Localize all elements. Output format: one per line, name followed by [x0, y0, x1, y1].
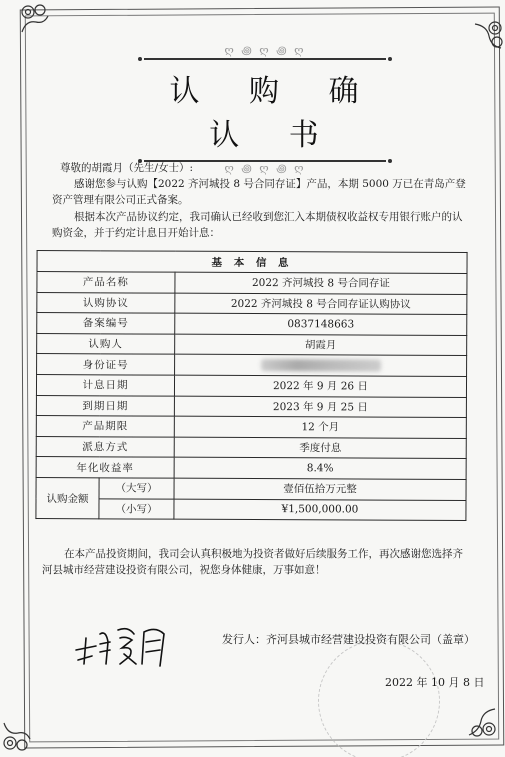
table-row: 产品期限 12 个月	[36, 416, 466, 438]
row-label: 备案编号	[37, 313, 175, 334]
amount-upper-label: （大写）	[99, 478, 174, 499]
confirmation-paragraph: 根据本次产品协议约定，我司确认已经收到您汇入本期债权收益权专用银行账户的认购资金…	[52, 209, 472, 241]
issue-date: 2022 年 10 月 8 日	[385, 674, 484, 690]
redacted-id-number	[261, 359, 381, 372]
row-value: 8.4%	[174, 458, 466, 480]
table-row: 身份证号	[37, 354, 467, 376]
corner-ornament-icon	[18, 2, 52, 36]
table-row: 年化收益率 8.4%	[36, 457, 466, 479]
handwritten-signature-icon	[72, 620, 182, 670]
table-row-amount-upper: 认购金额 （大写） 壹佰伍拾万元整	[36, 477, 466, 499]
row-label: 产品期限	[36, 416, 174, 437]
table-row: 到期日期 2023 年 9 月 25 日	[36, 395, 466, 417]
greeting: 尊敬的胡霞月（先生/女士）:	[60, 160, 470, 176]
row-value: 2022 齐河城投 8 号合同存证认购协议	[175, 293, 467, 315]
table-row: 认购协议 2022 齐河城投 8 号合同存证认购协议	[37, 292, 467, 314]
title-block: ღ ꩜ ღ ꩜ ღ 认 购 确 认 书 ღ ꩜ ღ ꩜ ღ	[140, 44, 390, 176]
corner-ornament-icon	[465, 705, 499, 739]
intro-paragraph: 感谢您参与认购【2022 齐河城投 8 号合同存证】产品，本期 5000 万已在…	[52, 176, 472, 208]
row-value-redacted	[175, 355, 467, 377]
table-row: 派息方式 季度付息	[36, 436, 466, 458]
table-row: 产品名称 2022 齐河城投 8 号合同存证	[37, 272, 467, 294]
basic-info-table: 基 本 信 息 产品名称 2022 齐河城投 8 号合同存证 认购协议 2022…	[35, 250, 467, 521]
amount-lower-value: ¥1,500,000.00	[174, 499, 466, 521]
row-label: 到期日期	[36, 395, 174, 416]
official-seal-stamp	[318, 640, 440, 757]
row-label: 年化收益率	[36, 457, 174, 478]
row-value: 2022 齐河城投 8 号合同存证	[175, 272, 467, 294]
row-value: 12 个月	[174, 416, 466, 438]
table-row: 计息日期 2022 年 9 月 26 日	[36, 375, 466, 397]
table-row: 备案编号 0837148663	[37, 313, 467, 335]
row-label: 派息方式	[36, 436, 174, 457]
title-rule-top	[144, 58, 386, 60]
document-title: 认 购 确 认 书	[140, 60, 390, 160]
closing-paragraph: 在本产品投资期间，我司会认真积极地为投资者做好后续服务工作，再次感谢您选择齐河县…	[42, 546, 472, 578]
row-label: 产品名称	[37, 272, 175, 293]
amount-lower-label: （小写）	[99, 498, 174, 519]
row-label: 认购人	[37, 333, 175, 354]
row-value: 2023 年 9 月 25 日	[174, 396, 466, 418]
row-value: 2022 年 9 月 26 日	[174, 375, 466, 397]
row-value: 季度付息	[174, 437, 466, 459]
row-value: 胡霞月	[175, 334, 467, 356]
row-label: 认购协议	[37, 292, 175, 313]
table-header-row: 基 本 信 息	[37, 251, 467, 274]
amount-upper-value: 壹佰伍拾万元整	[174, 478, 466, 500]
table-row-amount-lower: （小写） ¥1,500,000.00	[36, 498, 466, 520]
table-header: 基 本 信 息	[37, 251, 467, 274]
confirmation-document: ღ ꩜ ღ ꩜ ღ 认 购 确 认 书 ღ ꩜ ღ ꩜ ღ 尊敬的胡霞月（先生/…	[0, 0, 505, 757]
row-label: 身份证号	[37, 354, 175, 375]
flourish-ornament-icon: ღ ꩜ ღ ꩜ ღ	[140, 44, 390, 58]
row-value: 0837148663	[175, 313, 467, 335]
row-label: 计息日期	[36, 375, 174, 396]
table-row: 认购人 胡霞月	[37, 333, 467, 355]
corner-ornament-icon	[0, 719, 34, 753]
issuer-line: 发行人：齐河县城市经营建设投资有限公司（盖章）	[222, 631, 475, 647]
amount-label: 认购金额	[36, 477, 99, 518]
corner-ornament-icon	[471, 18, 505, 52]
